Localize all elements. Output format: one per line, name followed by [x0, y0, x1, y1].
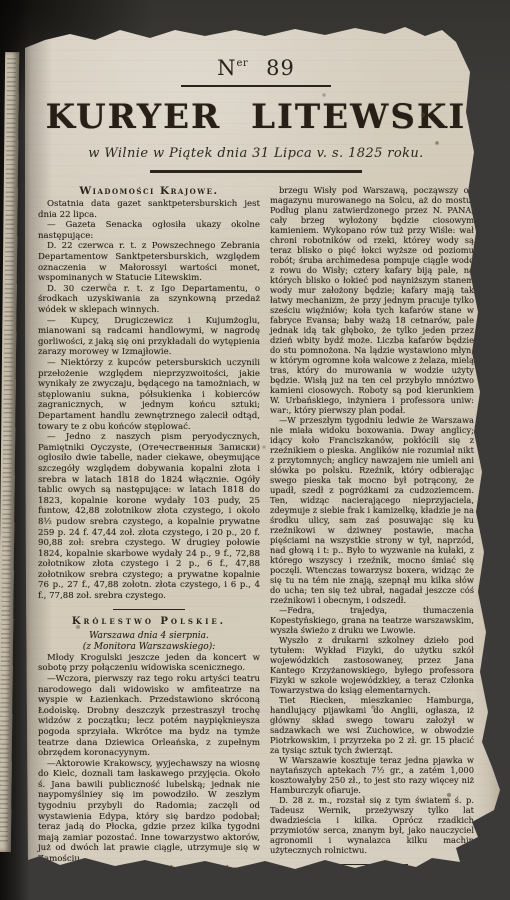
left-column: Wiadomości Krajowe. Ostatnia data gazet … — [38, 185, 260, 876]
kingdom-dateline: Warszawa dnia 4 sierpnia. — [38, 631, 260, 642]
paragraph: — Kupcy, Drugiczewicz i Kujumżoglu, mian… — [38, 316, 260, 358]
right-column: brzegu Wisły pod Warszawą, począwszy od … — [270, 185, 474, 866]
paragraph: Młody Krogulski jeszcze jeden da koncert… — [38, 653, 260, 674]
kingdom-source: (z Monitora Warszawskiego): — [38, 642, 260, 653]
page-content: Ner89 KURYER LITEWSKI w Wilnie w Piątek … — [20, 22, 502, 875]
paragraph: — Gazeta Senacka ogłosiła ukazy okolne n… — [38, 220, 260, 241]
paragraph: W Warszawie kosztuje teraz jedna pjawka … — [270, 755, 474, 795]
issue-number: 89 — [266, 56, 295, 80]
section-divider-rule — [113, 609, 185, 611]
end-of-column-rule — [336, 864, 408, 866]
paragraph: —Wczora, pierwszy raz tego roku artyści … — [38, 674, 260, 759]
scan-stage: Ner89 KURYER LITEWSKI w Wilnie w Piątek … — [0, 0, 510, 900]
paragraph: —Fedra, trajedya, tłumaczenia Kopestyńsk… — [270, 605, 474, 635]
paragraph: D. 22 czerwca r. t. z Powszechnego Zebra… — [38, 241, 260, 283]
paragraph: —W przeszłym tygodniu ledwie że Warszawa… — [270, 415, 474, 605]
issue-number-line: Ner89 — [38, 56, 474, 80]
masthead-rule-bottom — [150, 170, 362, 173]
text-columns: Wiadomości Krajowe. Ostatnia data gazet … — [38, 185, 474, 876]
masthead: Ner89 KURYER LITEWSKI w Wilnie w Piątek … — [38, 56, 474, 173]
section-header-domestic-news: Wiadomości Krajowe. — [38, 186, 260, 197]
paragraph: —Zaczęto już roboty około obwarowania le… — [38, 865, 260, 876]
paragraph: D. 30 czerwca r. t. z Igo Departamentu, … — [38, 284, 260, 316]
newspaper-page: Ner89 KURYER LITEWSKI w Wilnie w Piątek … — [20, 22, 502, 880]
scan-background: { "palette": { "scanner_background": "#3… — [0, 0, 510, 900]
issue-superscript: er — [236, 58, 248, 69]
paragraph: D. 28 z. m., rozstał się z tym światem ś… — [270, 795, 474, 855]
issue-label: N — [217, 56, 236, 80]
section-header-kingdom-of-poland: Królestwo Polskie. — [38, 617, 260, 628]
masthead-dateline: w Wilnie w Piątek dnia 31 Lipca v. s. 18… — [38, 146, 474, 161]
paragraph: Wyszło z drukarni szkolney dzieło pod ty… — [270, 635, 474, 695]
paragraph: — Niektórzy z kupców petersburskich uczy… — [38, 358, 260, 432]
paragraph: Ostatnia data gazet sanktpetersburskich … — [38, 199, 260, 220]
masthead-rule-top — [181, 85, 331, 87]
paragraph: Tiet Riecken, mieszkaniec Hamburga, hand… — [270, 695, 474, 755]
newspaper-title: KURYER LITEWSKI — [38, 97, 474, 137]
paragraph: — Jedno z naszych pism peryodycznych, Pa… — [38, 432, 260, 602]
paragraph: —Aktorowie Krakowscy, wyjechawszy na wio… — [38, 759, 260, 865]
paragraph: brzegu Wisły pod Warszawą, począwszy od … — [270, 185, 474, 415]
